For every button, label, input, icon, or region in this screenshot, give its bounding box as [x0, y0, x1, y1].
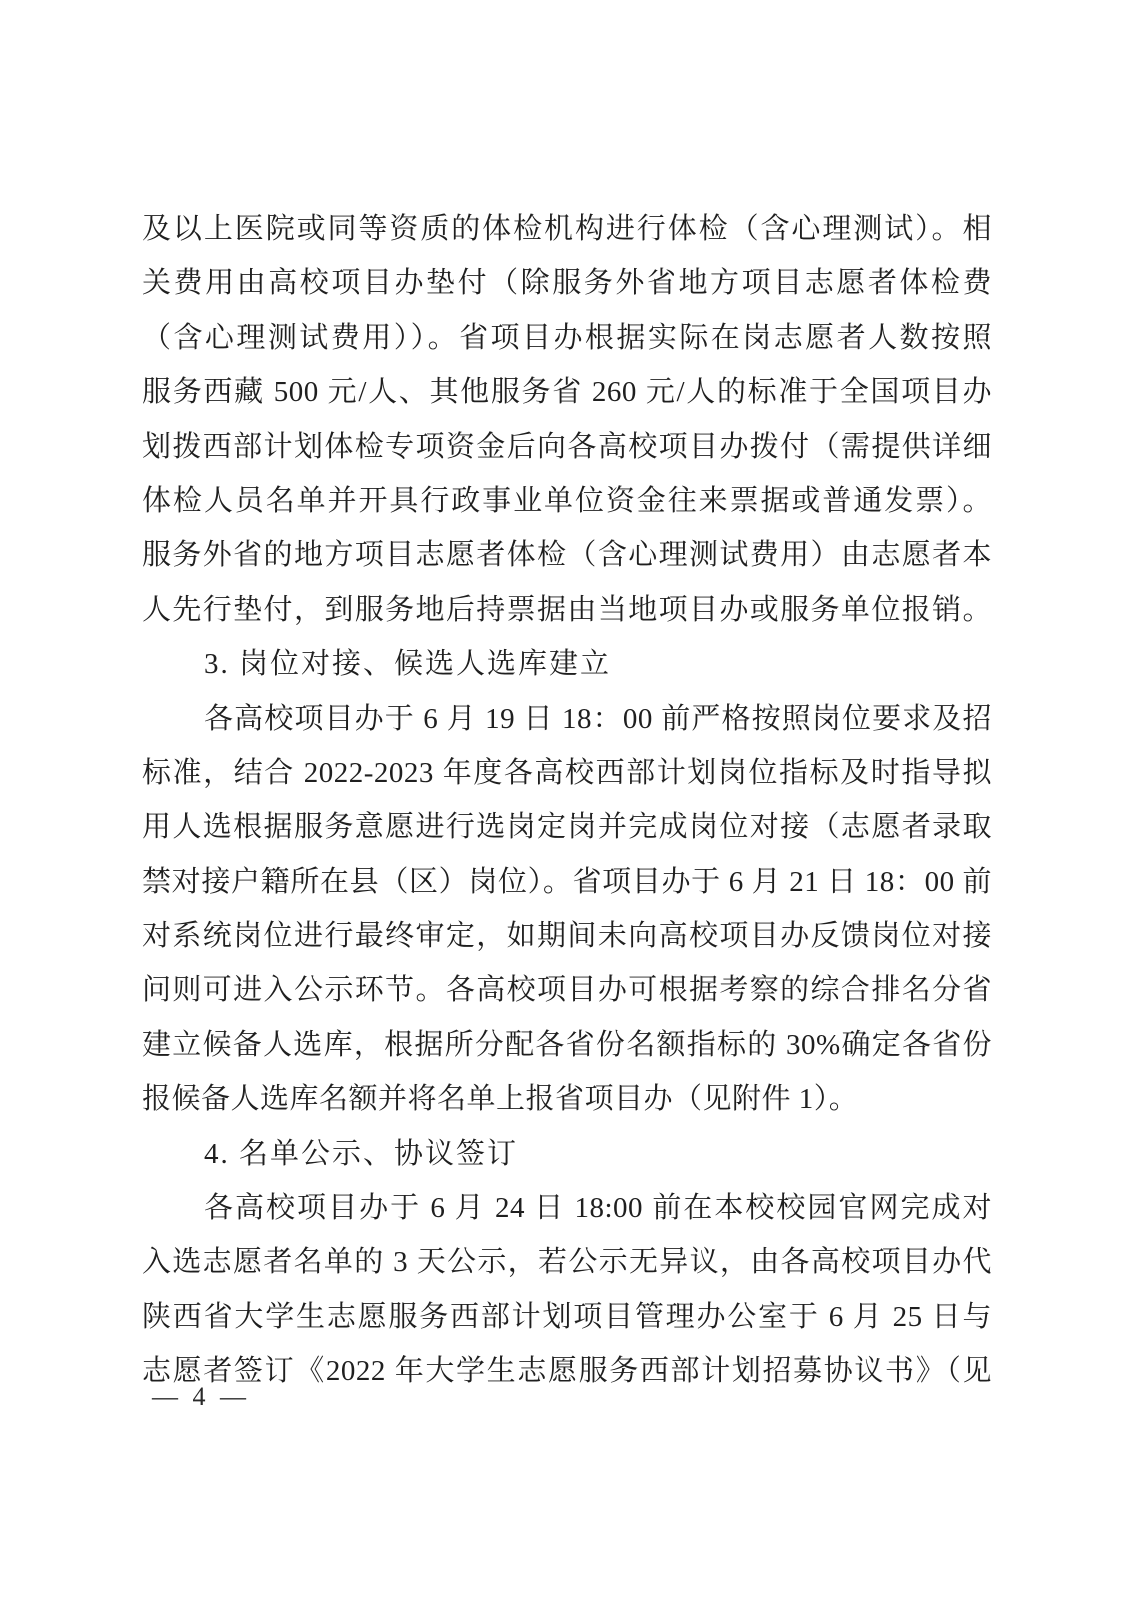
text-line: 建立候备人选库，根据所分配各省份名额指标的 30%确定各省份上 — [142, 1018, 992, 1072]
page-number: — 4 — — [152, 1382, 250, 1412]
text-line: 志愿者签订《2022 年大学生志愿服务西部计划招募协议书》（见 — [142, 1344, 992, 1398]
text-line: 用人选根据服务意愿进行选岗定岗并完成岗位对接（志愿者录取严 — [142, 800, 992, 854]
document-body: 及以上医院或同等资质的体检机构进行体检（含心理测试）。相 关费用由高校项目办垫付… — [142, 202, 992, 1399]
text-line: 各高校项目办于 6 月 24 日 18:00 前在本校校园官网完成对 — [142, 1181, 992, 1235]
text-line: 体检人员名单并开具行政事业单位资金往来票据或普通发票）。 — [142, 474, 992, 528]
text-line: 问则可进入公示环节。各高校项目办可根据考察的综合排名分省份 — [142, 963, 992, 1017]
section-heading-3: 3. 岗位对接、候选人选库建立 — [142, 637, 992, 691]
text-line: 报候备人选库名额并将名单上报省项目办（见附件 1）。 — [142, 1072, 992, 1126]
text-line: （含心理测试费用））。省项目办根据实际在岗志愿者人数按照 — [142, 311, 992, 365]
text-line: 关费用由高校项目办垫付（除服务外省地方项目志愿者体检费 — [142, 256, 992, 310]
text-line: 陕西省大学生志愿服务西部计划项目管理办公室于 6 月 25 日与 — [142, 1290, 992, 1344]
text-line: 及以上医院或同等资质的体检机构进行体检（含心理测试）。相 — [142, 202, 992, 256]
text-line: 人先行垫付，到服务地后持票据由当地项目办或服务单位报销。 — [142, 583, 992, 637]
text-line: 入选志愿者名单的 3 天公示，若公示无异议，由各高校项目办代 — [142, 1235, 992, 1289]
text-line: 划拨西部计划体检专项资金后向各高校项目办拨付（需提供详细 — [142, 420, 992, 474]
text-line: 服务西藏 500 元/人、其他服务省 260 元/人的标准于全国项目办 — [142, 365, 992, 419]
text-line: 服务外省的地方项目志愿者体检（含心理测试费用）由志愿者本 — [142, 528, 992, 582]
text-line: 禁对接户籍所在县（区）岗位）。省项目办于 6 月 21 日 18：00 前 — [142, 855, 992, 909]
document-page: 及以上医院或同等资质的体检机构进行体检（含心理测试）。相 关费用由高校项目办垫付… — [0, 0, 1131, 1600]
text-line: 对系统岗位进行最终审定，如期间未向高校项目办反馈岗位对接疑 — [142, 909, 992, 963]
text-line: 各高校项目办于 6 月 19 日 18：00 前严格按照岗位要求及招募 — [142, 692, 992, 746]
text-line: 标准，结合 2022-2023 年度各高校西部计划岗位指标及时指导拟录 — [142, 746, 992, 800]
section-heading-4: 4. 名单公示、协议签订 — [142, 1127, 992, 1181]
